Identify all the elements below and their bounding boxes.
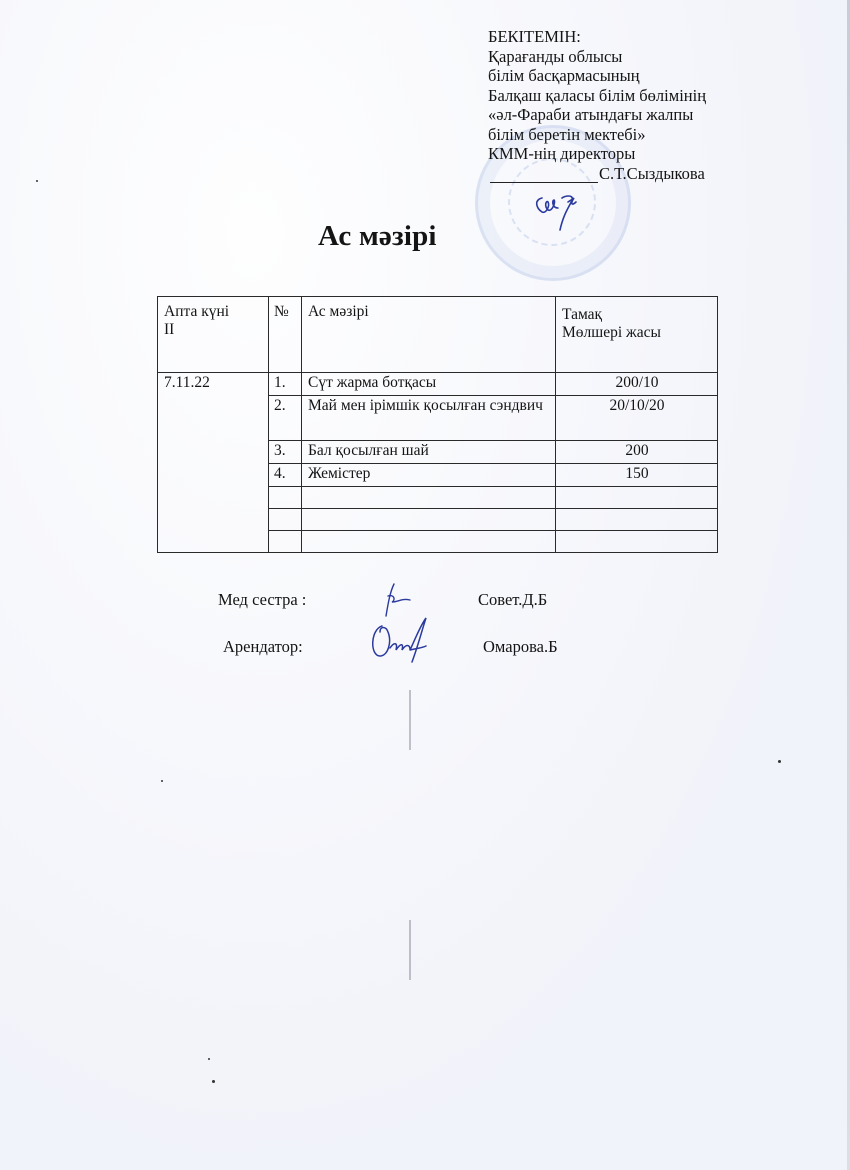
empty-cell bbox=[556, 531, 718, 553]
signature-role: Арендатор: bbox=[223, 637, 303, 657]
header-number: № bbox=[269, 297, 302, 373]
scan-speck bbox=[208, 1058, 210, 1060]
director-signature-icon bbox=[530, 190, 600, 235]
table-header-row: Апта күні II № Ас мәзірі Тамақ Мөлшері ж… bbox=[158, 297, 718, 373]
scan-speck bbox=[212, 1080, 215, 1083]
row-dish: Май мен ірімшік қосылған сэндвич bbox=[302, 396, 556, 441]
row-number: 2. bbox=[269, 396, 302, 441]
row-quantity: 200/10 bbox=[556, 373, 718, 396]
scan-speck bbox=[36, 180, 38, 182]
header-day: Апта күні II bbox=[158, 297, 269, 373]
row-quantity: 200 bbox=[556, 441, 718, 464]
scan-speck bbox=[778, 760, 781, 763]
date-cell: 7.11.22 bbox=[158, 373, 269, 553]
header-day-number: II bbox=[164, 321, 263, 339]
row-dish: Жемістер bbox=[302, 464, 556, 487]
director-name: С.Т.Сыздыкова bbox=[599, 164, 705, 184]
scan-artifact bbox=[409, 920, 411, 980]
row-dish: Бал қосылған шай bbox=[302, 441, 556, 464]
scan-artifact bbox=[409, 690, 411, 750]
scanned-page-background bbox=[0, 0, 850, 1170]
signature-name: Омарова.Б bbox=[483, 637, 558, 657]
header-dish: Ас мәзірі bbox=[302, 297, 556, 373]
row-dish: Сүт жарма ботқасы bbox=[302, 373, 556, 396]
approval-line: КММ-нің директоры bbox=[488, 144, 706, 164]
scan-speck bbox=[161, 780, 163, 782]
header-quantity-line2: Мөлшері жасы bbox=[562, 324, 712, 342]
signature-name: Совет.Д.Б bbox=[478, 590, 547, 610]
approval-line: білім беретін мектебі» bbox=[488, 125, 706, 145]
header-quantity-line1: Тамақ bbox=[562, 306, 712, 324]
approval-line: «әл-Фараби атындағы жалпы bbox=[488, 105, 706, 125]
empty-cell bbox=[556, 509, 718, 531]
row-number: 4. bbox=[269, 464, 302, 487]
menu-table: Апта күні II № Ас мәзірі Тамақ Мөлшері ж… bbox=[157, 296, 718, 553]
empty-cell bbox=[269, 487, 302, 509]
empty-cell bbox=[556, 487, 718, 509]
empty-cell bbox=[302, 487, 556, 509]
signature-line bbox=[490, 166, 598, 183]
row-quantity: 20/10/20 bbox=[556, 396, 718, 441]
empty-cell bbox=[302, 509, 556, 531]
table-row: 7.11.22 1. Сүт жарма ботқасы 200/10 bbox=[158, 373, 718, 396]
empty-cell bbox=[302, 531, 556, 553]
director-sign-row: С.Т.Сыздыкова bbox=[488, 164, 706, 184]
header-quantity: Тамақ Мөлшері жасы bbox=[556, 297, 718, 373]
page-title: Ас мәзірі bbox=[318, 220, 437, 253]
row-quantity: 150 bbox=[556, 464, 718, 487]
header-day-label: Апта күні bbox=[164, 303, 263, 321]
empty-cell bbox=[269, 509, 302, 531]
empty-cell bbox=[269, 531, 302, 553]
approval-line: білім басқармасының bbox=[488, 66, 706, 86]
approval-block: БЕКІТЕМІН: Қарағанды облысы білім басқар… bbox=[488, 27, 706, 183]
signature-role: Мед сестра : bbox=[218, 590, 306, 610]
row-number: 1. bbox=[269, 373, 302, 396]
approval-line: Қарағанды облысы bbox=[488, 47, 706, 67]
approval-heading: БЕКІТЕМІН: bbox=[488, 27, 706, 47]
tenant-signature-icon bbox=[366, 612, 438, 664]
row-number: 3. bbox=[269, 441, 302, 464]
approval-line: Балқаш қаласы білім бөлімінің bbox=[488, 86, 706, 106]
